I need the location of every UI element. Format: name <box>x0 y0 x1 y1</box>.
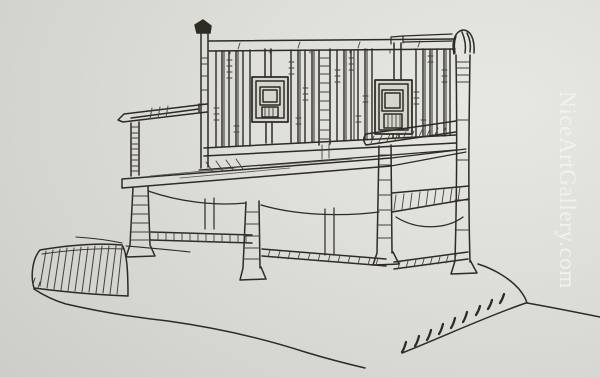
artwork-scan: NiceArtGallery.com <box>0 0 600 377</box>
stretchers <box>151 232 468 269</box>
watermark-text: NiceArtGallery.com <box>555 91 580 289</box>
left-arm <box>118 104 207 176</box>
bench-drawing: NiceArtGallery.com <box>0 0 600 377</box>
mat-fringed-edge <box>402 303 526 353</box>
left-post-finial <box>195 20 211 33</box>
mid-post <box>319 49 330 145</box>
front-middle-leg <box>240 201 266 280</box>
front-right-stretcher <box>262 249 386 266</box>
rear-left-leg <box>205 198 214 229</box>
bench-back <box>195 20 474 168</box>
left-arm-post-rungs <box>131 127 139 171</box>
bench <box>118 20 477 280</box>
stretcher-hatch <box>158 232 456 269</box>
pierced-panel-right <box>375 43 412 138</box>
pierced-panel-left <box>252 49 288 143</box>
mat <box>32 237 600 368</box>
top-rail <box>209 39 455 51</box>
rear-right-leg <box>451 55 477 274</box>
mat-roll <box>32 244 128 296</box>
fringe-ticks <box>402 294 504 352</box>
seat-back-edge <box>199 150 456 170</box>
mid-post-rungs <box>319 58 330 159</box>
right-post-knob <box>453 30 474 54</box>
legs <box>126 55 477 280</box>
mat-right-edge <box>527 303 600 317</box>
mat-front-edge <box>34 289 365 368</box>
side-arch <box>396 217 463 227</box>
seat <box>122 149 469 227</box>
front-arches <box>148 191 379 215</box>
seat-front-edge <box>122 158 391 188</box>
